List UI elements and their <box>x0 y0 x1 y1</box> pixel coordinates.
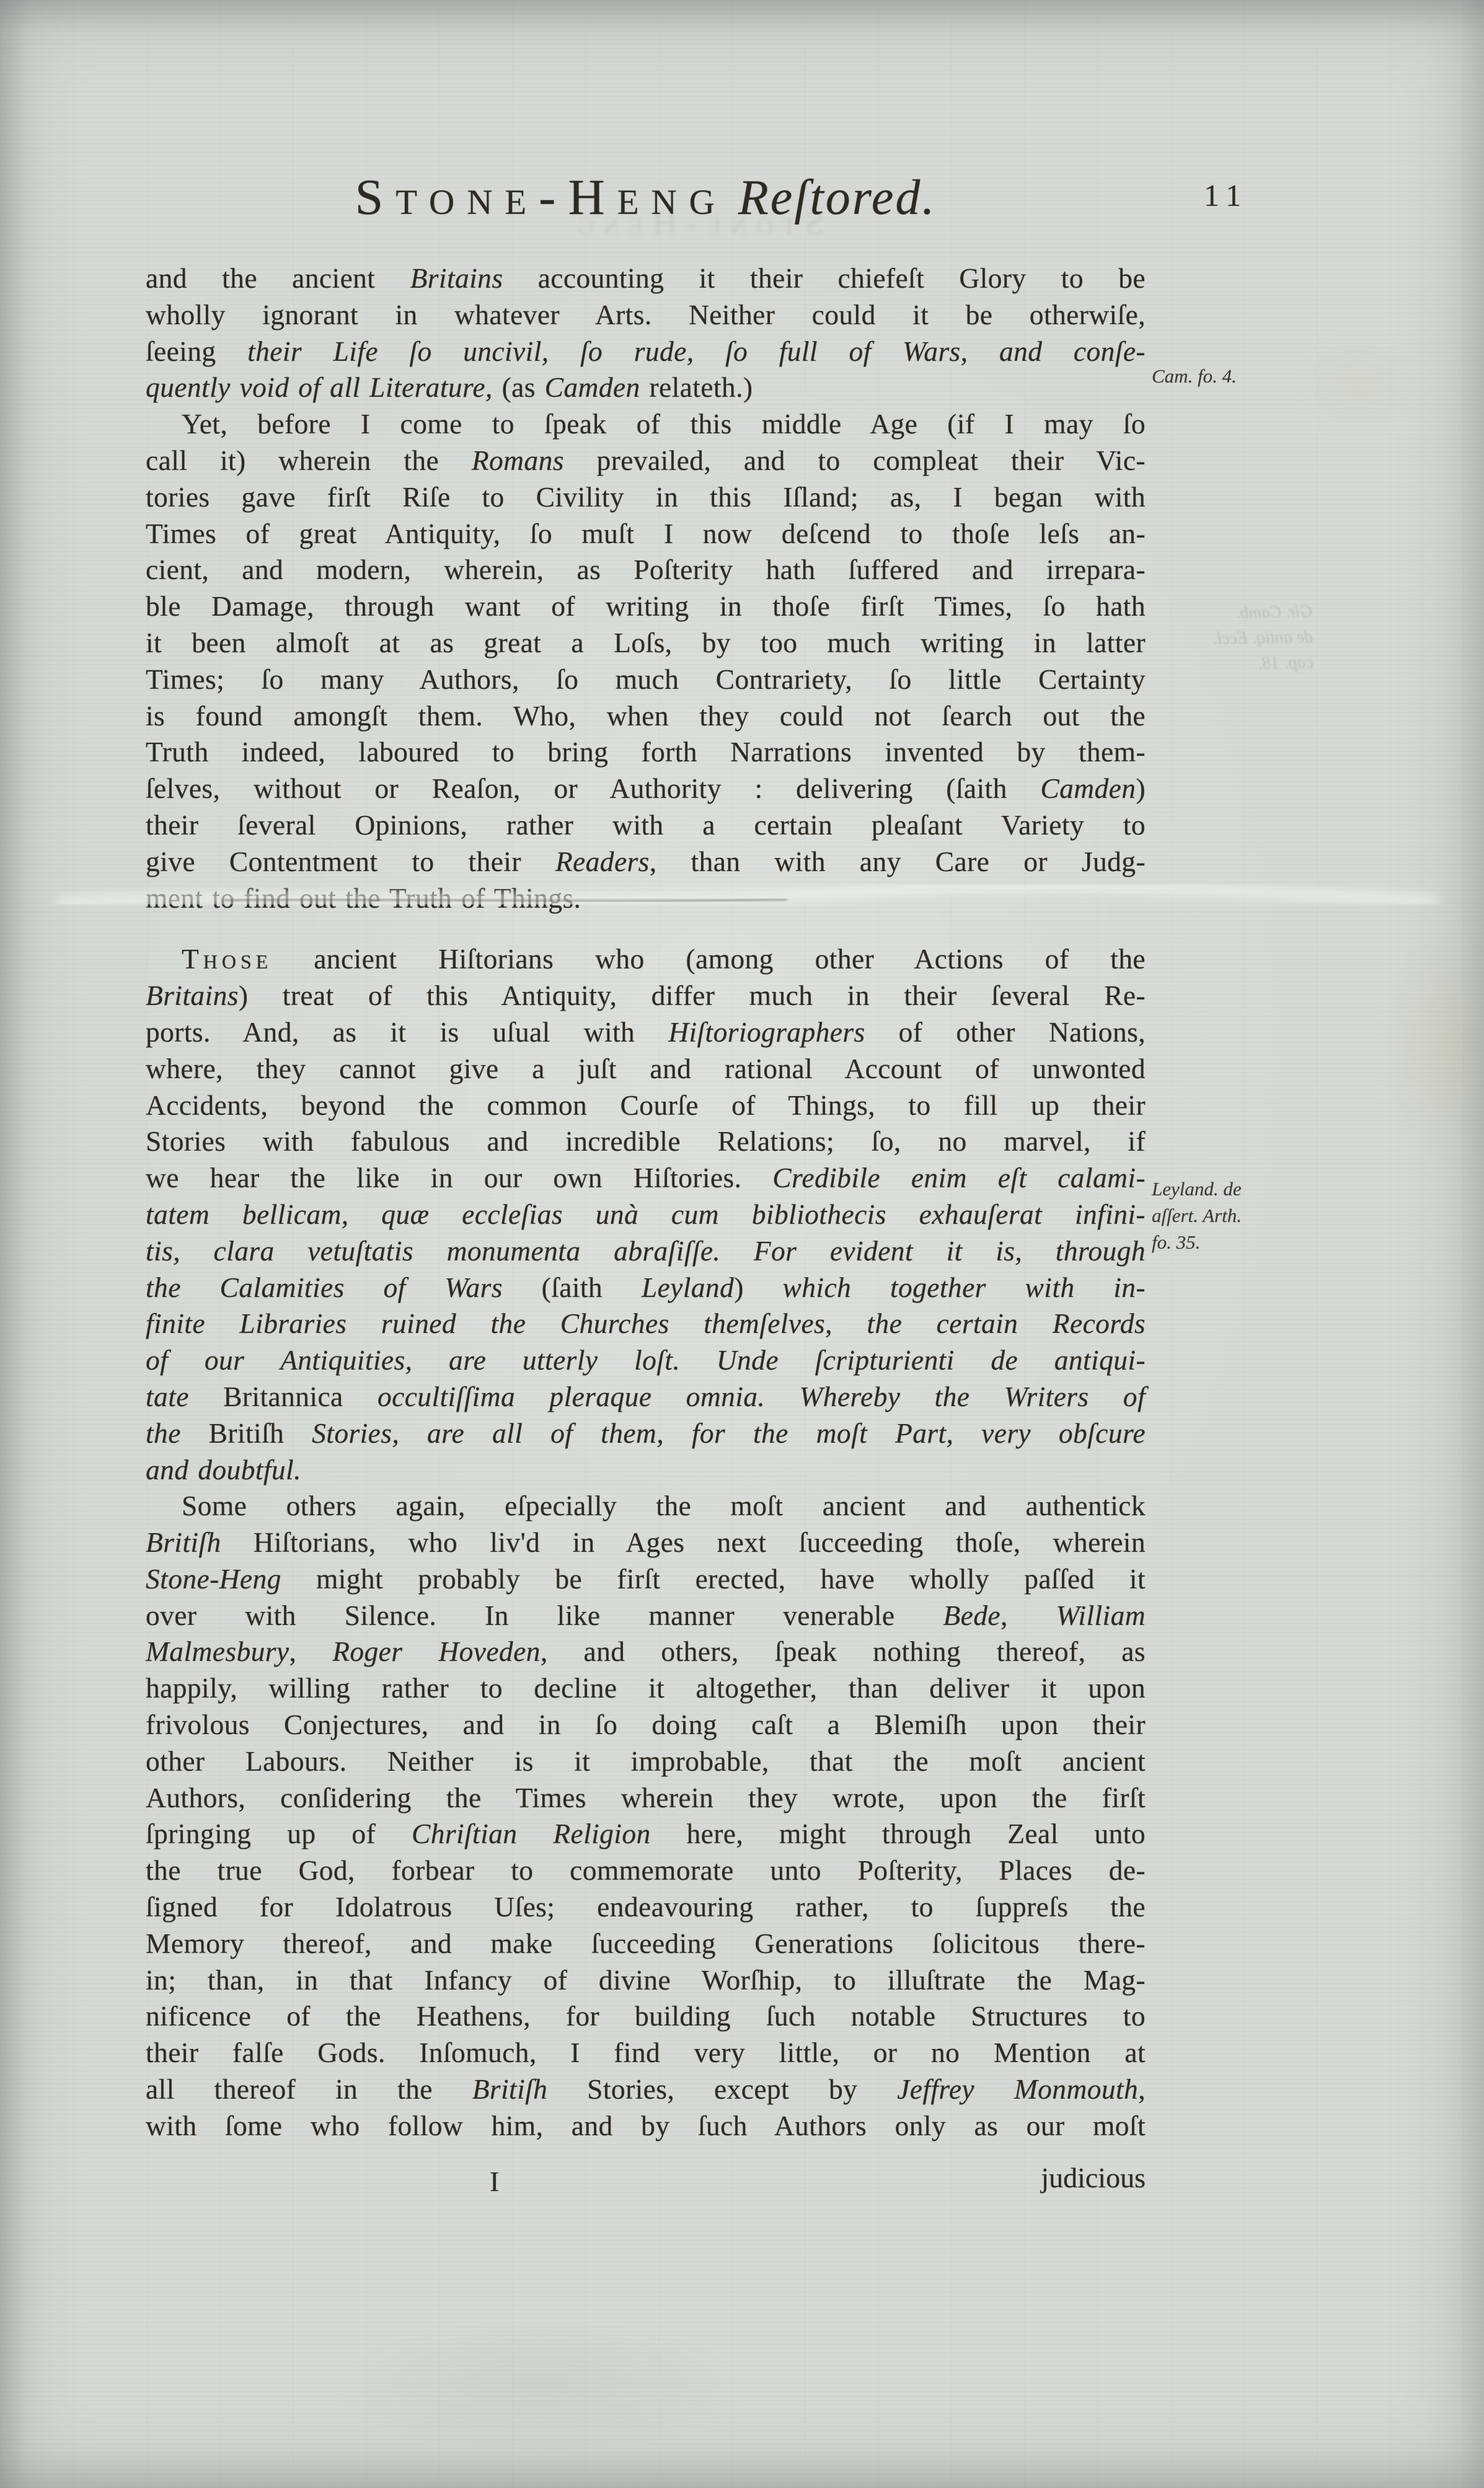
text-line: Britains) treat of this Antiquity, diffe… <box>146 978 1146 1014</box>
margin-note-line: aſſert. Arth. <box>1152 1202 1313 1229</box>
paper-stain <box>322 2319 756 2455</box>
text-line: quently void of all Literature, (as Camd… <box>146 370 1146 406</box>
book-page-scan: Stone-Heng Stone-HengReſtored. 11 and th… <box>0 0 1484 2488</box>
paper-stain <box>1289 322 1426 446</box>
paper-stain <box>1370 918 1484 1178</box>
running-header: Stone-HengReſtored. <box>146 166 1146 242</box>
text-line: and the ancient Britains accounting it t… <box>146 260 1146 297</box>
text-line: Those ancient Hiſtorians who (among othe… <box>146 941 1146 978</box>
text-line: nificence of the Heathens, for building … <box>146 1998 1146 2035</box>
text-line: Truth indeed, laboured to bring forth Na… <box>146 734 1146 771</box>
text-line: their ſeveral Opinions, rather with a ce… <box>146 807 1146 844</box>
text-line: of our Antiquities, are utterly loſt. Un… <box>146 1342 1146 1379</box>
margin-note-line: Cam. fo. 4. <box>1152 363 1313 389</box>
text-line: where, they cannot give a juſt and ratio… <box>146 1051 1146 1087</box>
text-line: the true God, forbear to commemorate unt… <box>146 1853 1146 1889</box>
text-line: Times of great Antiquity, ſo muſt I now … <box>146 516 1146 552</box>
text-line: Britiſh Hiſtorians, who liv'd in Ages ne… <box>146 1525 1146 1561</box>
text-line: Yet, before I come to ſpeak of this midd… <box>146 406 1146 443</box>
text-line: finite Libraries ruined the Churches the… <box>146 1306 1146 1342</box>
text-line: Accidents, beyond the common Courſe of T… <box>146 1087 1146 1124</box>
text-line: wholly ignorant in whatever Arts. Neithe… <box>146 297 1146 334</box>
text-line: tate Britannica occultiſſima pleraque om… <box>146 1379 1146 1415</box>
page-title-italic: Reſtored. <box>738 170 937 225</box>
text-line: ſeeing their Life ſo uncivil, ſo rude, ſ… <box>146 334 1146 370</box>
text-line: other Labours. Neither is it improbable,… <box>146 1743 1146 1780</box>
show-through-line: Gir. Camb. <box>1164 599 1313 627</box>
text-line: ment to find out the Truth of Things. <box>146 880 1146 917</box>
paragraph: Those ancient Hiſtorians who (among othe… <box>146 941 1146 1488</box>
margin-note: Cam. fo. 4. <box>1152 363 1313 389</box>
show-through-margin-note: Gir. Camb.de antiq. Eccl.cap. 18. <box>1164 599 1314 678</box>
body-text: and the ancient Britains accounting it t… <box>146 260 1146 2145</box>
text-line: Stone-Heng might probably be firſt erect… <box>146 1561 1146 1598</box>
text-line: tis, clara vetuſtatis monumenta abraſiſſ… <box>146 1233 1146 1270</box>
page-number: 11 <box>1204 177 1248 213</box>
catchword: judicious <box>146 2161 1146 2194</box>
text-line: ble Damage, through want of writing in t… <box>146 588 1146 625</box>
text-line: the Britiſh Stories, are all of them, fo… <box>146 1415 1146 1452</box>
margin-note-line: fo. 35. <box>1152 1229 1313 1255</box>
text-line: we hear the like in our own Hiſtories. C… <box>146 1160 1146 1197</box>
text-line: ports. And, as it is uſual with Hiſtorio… <box>146 1014 1146 1051</box>
paragraph: Some others again, eſpecially the moſt a… <box>146 1488 1146 2144</box>
paragraph: and the ancient Britains accounting it t… <box>146 260 1146 406</box>
text-line: all thereof in the Britiſh Stories, exce… <box>146 2071 1146 2108</box>
text-line: call it) wherein the Romans prevailed, a… <box>146 443 1146 479</box>
text-line: cient, and modern, wherein, as Poſterity… <box>146 552 1146 588</box>
text-line: tatem bellicam, quæ eccleſias unà cum bi… <box>146 1197 1146 1233</box>
page-title-caps: Stone-Heng <box>355 169 727 225</box>
text-line: it been almoſt at as great a Loſs, by to… <box>146 625 1146 662</box>
text-line: tories gave firſt Riſe to Civility in th… <box>146 479 1146 516</box>
text-line: with ſome who follow him, and by ſuch Au… <box>146 2108 1146 2145</box>
text-line: and doubtful. <box>146 1452 1146 1489</box>
text-line: ſigned for Idolatrous Uſes; endeavouring… <box>146 1889 1146 1926</box>
show-through-line: cap. 18. <box>1164 650 1314 678</box>
text-line: the Calamities of Wars (ſaith Leyland) w… <box>146 1270 1146 1306</box>
show-through-line: de antiq. Eccl. <box>1164 624 1314 652</box>
text-line: ſelves, without or Reaſon, or Authority … <box>146 771 1146 807</box>
text-line: Authors, conſidering the Times wherein t… <box>146 1780 1146 1817</box>
text-line: over with Silence. In like manner venera… <box>146 1598 1146 1634</box>
paragraph: Yet, before I come to ſpeak of this midd… <box>146 406 1146 916</box>
text-line: Malmesbury, Roger Hoveden, and others, ſ… <box>146 1634 1146 1670</box>
text-line: Times; ſo many Authors, ſo much Contrari… <box>146 662 1146 698</box>
text-line: Memory thereof, and make ſucceeding Gene… <box>146 1926 1146 1962</box>
text-line: Stories with fabulous and incredible Rel… <box>146 1123 1146 1160</box>
text-line: frivolous Conjectures, and in ſo doing c… <box>146 1707 1146 1743</box>
text-line: is found amongſt them. Who, when they co… <box>146 698 1146 735</box>
margin-note: Leyland. deaſſert. Arth.fo. 35. <box>1152 1175 1313 1255</box>
text-line: happily, willing rather to decline it al… <box>146 1670 1146 1707</box>
text-line: in; than, in that Infancy of divine Worſ… <box>146 1962 1146 1999</box>
text-line: their falſe Gods. Inſomuch, I find very … <box>146 2035 1146 2071</box>
text-line: give Contentment to their Readers, than … <box>146 844 1146 880</box>
text-line: Some others again, eſpecially the moſt a… <box>146 1488 1146 1525</box>
margin-note-line: Leyland. de <box>1152 1175 1313 1202</box>
text-line: ſpringing up of Chriſtian Religion here,… <box>146 1816 1146 1853</box>
